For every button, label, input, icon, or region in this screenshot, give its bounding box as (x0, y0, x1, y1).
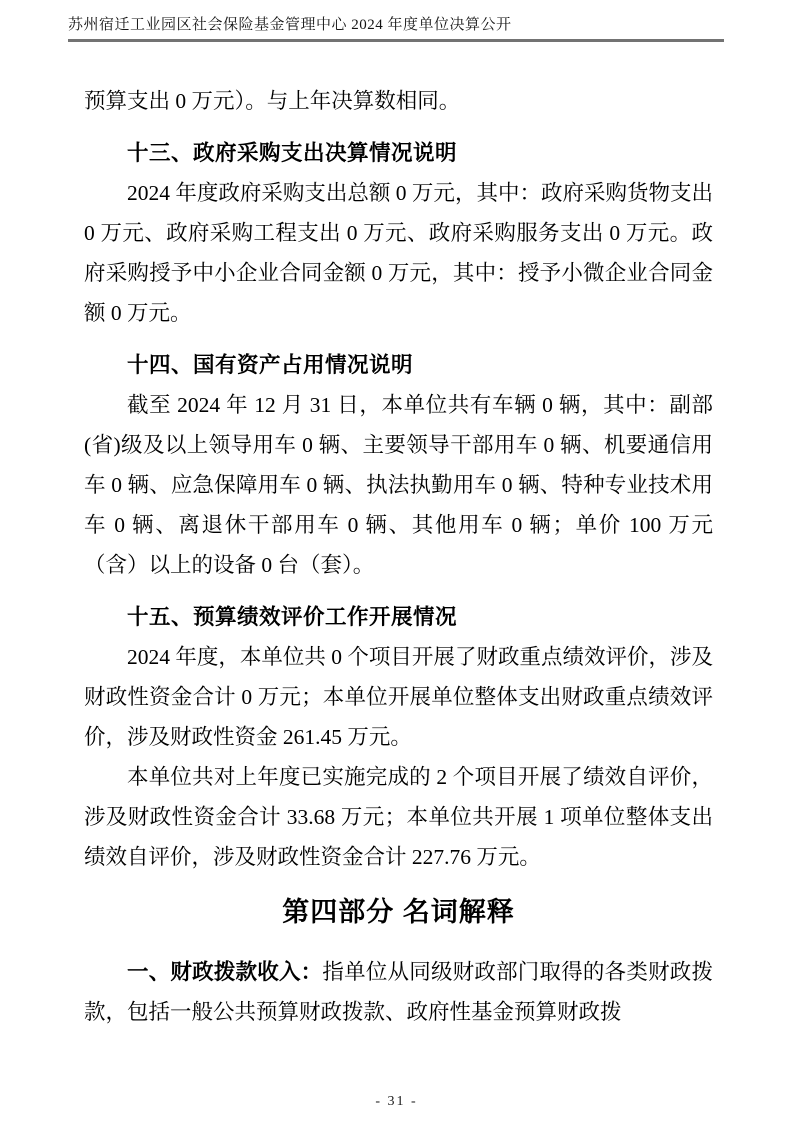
document-body: 预算支出 0 万元）。与上年决算数相同。 十三、政府采购支出决算情况说明 202… (84, 81, 713, 1032)
section-14-paragraph: 截至 2024 年 12 月 31 日，本单位共有车辆 0 辆，其中：副部(省)… (84, 385, 713, 585)
section-13-paragraph: 2024 年度政府采购支出总额 0 万元，其中：政府采购货物支出 0 万元、政府… (84, 173, 713, 333)
section-15-paragraph-2: 本单位共对上年度已实施完成的 2 个项目开展了绩效自评价，涉及财政性资金合计 3… (84, 757, 713, 877)
document-page: 苏州宿迁工业园区社会保险基金管理中心 2024 年度单位决算公开 预算支出 0 … (0, 0, 793, 1122)
part-4-title: 第四部分 名词解释 (84, 890, 713, 934)
page-number: - 31 - (0, 1094, 793, 1110)
term-1-label: 一、财政拨款收入： (127, 960, 322, 984)
section-15-heading: 十五、预算绩效评价工作开展情况 (84, 597, 713, 637)
term-1-paragraph: 一、财政拨款收入：指单位从同级财政部门取得的各类财政拨款，包括一般公共预算财政拨… (84, 952, 713, 1032)
paragraph-continuation: 预算支出 0 万元）。与上年决算数相同。 (84, 81, 713, 121)
section-14-heading: 十四、国有资产占用情况说明 (84, 345, 713, 385)
document-header: 苏州宿迁工业园区社会保险基金管理中心 2024 年度单位决算公开 (68, 13, 724, 42)
section-15-paragraph-1: 2024 年度，本单位共 0 个项目开展了财政重点绩效评价，涉及财政性资金合计 … (84, 637, 713, 757)
section-13-heading: 十三、政府采购支出决算情况说明 (84, 133, 713, 173)
